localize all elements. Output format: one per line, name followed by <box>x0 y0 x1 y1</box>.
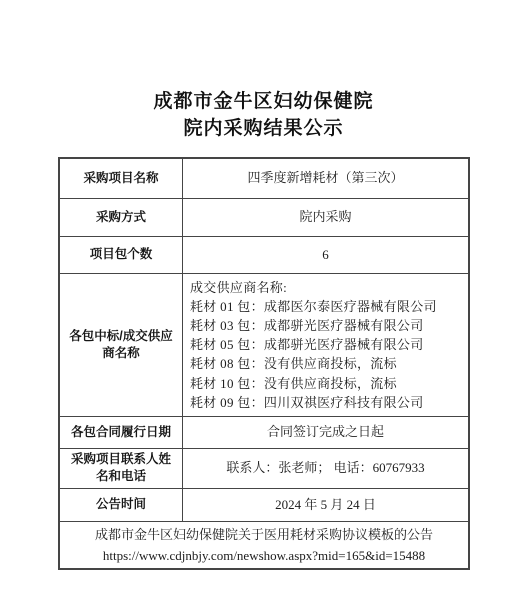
supplier-line-package-09: 耗材 09 包：四川双祺医疗科技有限公司 <box>190 393 462 412</box>
announcement-time-label: 公告时间 <box>59 488 183 521</box>
project-name-value: 四季度新增耗材（第三次） <box>183 158 470 198</box>
footer-note: 成都市金牛区妇幼保健院关于医用耗材采购协议模板的公告 <box>66 524 462 545</box>
table-row-package-count: 项目包个数 6 <box>59 236 469 273</box>
supplier-line-package-08: 耗材 08 包：没有供应商投标，流标 <box>190 354 462 373</box>
winning-suppliers-value: 成交供应商名称: 耗材 01 包：成都医尔泰医疗器械有限公司 耗材 03 包：成… <box>183 273 470 416</box>
title-line-2: 院内采购结果公示 <box>0 115 527 142</box>
table-row-announcement-time: 公告时间 2024 年 5 月 24 日 <box>59 488 469 521</box>
procurement-method-value: 院内采购 <box>183 198 470 236</box>
package-count-label: 项目包个数 <box>59 236 183 273</box>
package-count-value: 6 <box>183 236 470 273</box>
procurement-result-table: 采购项目名称 四季度新增耗材（第三次） 采购方式 院内采购 项目包个数 6 各包… <box>58 157 470 570</box>
table-row-contract-date: 各包合同履行日期 合同签订完成之日起 <box>59 416 469 448</box>
contract-date-value: 合同签订完成之日起 <box>183 416 470 448</box>
contact-label: 采购项目联系人姓名和电话 <box>59 448 183 488</box>
supplier-line-package-03: 耗材 03 包：成都骈光医疗器械有限公司 <box>190 316 462 335</box>
table-row-project-name: 采购项目名称 四季度新增耗材（第三次） <box>59 158 469 198</box>
title-line-1: 成都市金牛区妇幼保健院 <box>0 88 527 115</box>
project-name-label: 采购项目名称 <box>59 158 183 198</box>
table-row-footer: 成都市金牛区妇幼保健院关于医用耗材采购协议模板的公告 https://www.c… <box>59 521 469 569</box>
table-row-procurement-method: 采购方式 院内采购 <box>59 198 469 236</box>
table-row-contact: 采购项目联系人姓名和电话 联系人：张老师； 电话：60767933 <box>59 448 469 488</box>
announcement-time-value: 2024 年 5 月 24 日 <box>183 488 470 521</box>
procurement-method-label: 采购方式 <box>59 198 183 236</box>
footer-cell: 成都市金牛区妇幼保健院关于医用耗材采购协议模板的公告 https://www.c… <box>59 521 469 569</box>
supplier-line-package-10: 耗材 10 包：没有供应商投标，流标 <box>190 374 462 393</box>
announcement-document: 成都市金牛区妇幼保健院 院内采购结果公示 采购项目名称 四季度新增耗材（第三次）… <box>0 0 527 610</box>
contract-date-label: 各包合同履行日期 <box>59 416 183 448</box>
winning-suppliers-label: 各包中标/成交供应商名称 <box>59 273 183 416</box>
supplier-line-header: 成交供应商名称: <box>190 278 462 297</box>
table-row-winning-suppliers: 各包中标/成交供应商名称 成交供应商名称: 耗材 01 包：成都医尔泰医疗器械有… <box>59 273 469 416</box>
contact-value: 联系人：张老师； 电话：60767933 <box>183 448 470 488</box>
document-title: 成都市金牛区妇幼保健院 院内采购结果公示 <box>0 88 527 142</box>
announcement-url: https://www.cdjnbjy.com/newshow.aspx?mid… <box>66 545 462 566</box>
supplier-line-package-05: 耗材 05 包：成都骈光医疗器械有限公司 <box>190 335 462 354</box>
supplier-line-package-01: 耗材 01 包：成都医尔泰医疗器械有限公司 <box>190 297 462 316</box>
